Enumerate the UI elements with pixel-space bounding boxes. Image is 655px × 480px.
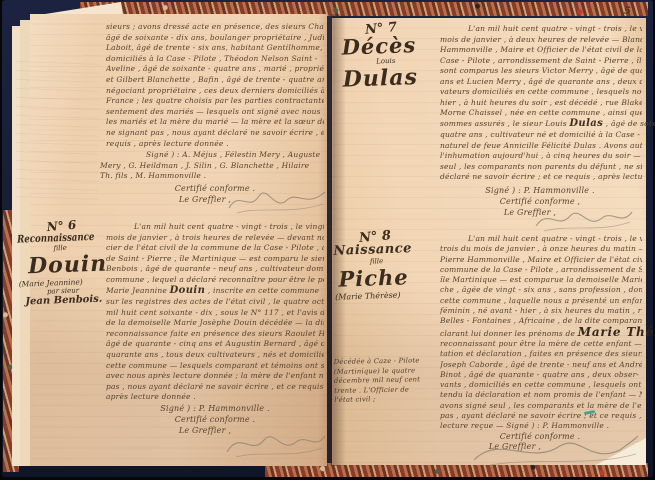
handwriting-line: quatre ans , cultivateur né et domicilié… [440, 130, 642, 141]
handwriting-line: de la demoiselle Marie Josèphe Douin déc… [106, 318, 324, 329]
handwriting-line: mois de janvier , à deux heures de relev… [440, 35, 642, 46]
handwriting-line: tation et déclaration , faites en présen… [440, 349, 642, 359]
entry-8-margin: N° 8 Naissance fille Piche (Marie Thérès… [333, 226, 439, 302]
marginal-death-note: Décédée à Caze - Pilote(Martinique) le q… [334, 356, 437, 405]
handwriting-line: L'an mil huit cent quatre - vingt - troi… [106, 222, 324, 233]
entry-surname: Dulas [342, 63, 439, 92]
handwriting-line: ans et Lucien Merry , âgé de quarante an… [440, 77, 642, 88]
pencil-signature [225, 182, 330, 218]
act-continuation-signatures: Signé ) : A. Méjus , Félestin Mery , Aug… [100, 150, 324, 182]
handwriting-line: commune , lequel a déclaré reconnaître p… [106, 275, 324, 286]
highlight-suffix: , inscrite en cette commune [205, 286, 319, 295]
highlighted-forenames: Marie Thérèse [578, 325, 655, 339]
entry-8-body-post: reconnaissant pour être la mère de cette… [440, 339, 642, 432]
handwriting-line: reconnaissance faite en présence des sie… [106, 329, 324, 340]
signed-line: Signé ) : P. Hammonville . [120, 404, 310, 415]
handwriting-line: trois du mois de janvier , à onze heures… [440, 244, 642, 254]
handwriting-line: après lecture donnée . [106, 392, 324, 403]
entry-7-body-post: quatre ans , cultivateur né et domicilié… [440, 130, 642, 183]
handwriting-line: tendu la déclaration et nom promis de l'… [440, 390, 642, 400]
register-photo: 5 sieurs ; avons dressé acte en présence… [0, 0, 655, 480]
handwriting-line: mil huit cent soixante - dix , sous le N… [106, 308, 324, 319]
entry-6-margin: N° 6 Reconnaissance fille Douin (Marie J… [16, 216, 111, 308]
entry-surname: Piche [338, 263, 439, 292]
handwriting-line: féminin , né avant - hier , à six heures… [440, 306, 642, 316]
handwriting-line: reconnaissant pour être la mère de cette… [440, 339, 642, 349]
highlighted-surname: Douin [170, 285, 206, 296]
handwriting-line: âgé de soixante - dix ans, boulanger pro… [106, 33, 324, 44]
handwriting-line: l'état civil ; [334, 394, 436, 405]
handwriting-line: sieurs ; avons dressé acte en présence, … [106, 22, 324, 33]
entry-surname: Douin [28, 250, 111, 279]
handwriting-line: Benbois , âgé de quarante - neuf ans , c… [106, 264, 324, 275]
handwriting-line: requis , après lecture donnée . [106, 139, 324, 150]
entry-8-body-pre: L'an mil huit cent quatre - vingt - troi… [440, 234, 642, 327]
highlighted-surname: Dulas [569, 118, 603, 129]
handwriting-line: âgé de quarante - cinq ans et Augustin B… [106, 339, 324, 350]
entry-7-highlight-line: sommes assurés , le sieur Louis Dulas , … [440, 119, 642, 130]
handwriting-line: cier de l'état civil de la commune de la… [106, 243, 324, 254]
signed-line: Signé ) : P. Hammonville . [450, 186, 630, 197]
handwriting-line: vants , domiciliés en cette commune , le… [440, 380, 642, 390]
handwriting-line: Aveline , âgé de soixante - quatre ans ,… [106, 64, 324, 75]
handwriting-line: Pierre Hammonville , Maire et Officier d… [440, 255, 642, 265]
handwriting-line: sur les registres des actes de l'état ci… [106, 297, 324, 308]
page-number: 5 [624, 6, 631, 17]
handwriting-line: négociant propriétaire , ces deux dernie… [106, 86, 324, 97]
handwriting-line: France ; les quatre choisis par les part… [106, 96, 324, 107]
handwriting-line: cette commune , laquelle nous a présenté… [440, 296, 642, 306]
handwriting-line: sont comparus les sieurs Victor Merry , … [440, 66, 642, 77]
highlight-prefix: clarant lui donner les prénoms de [440, 329, 578, 338]
handwriting-line: de Saint - Pierre , île Martinique — est… [106, 254, 324, 265]
ink-show-through [16, 55, 98, 205]
handwriting-line: Laboit, âgé de trente - six ans, habitan… [106, 43, 324, 54]
handwriting-line: mois de janvier , à trois heures de rele… [106, 233, 324, 244]
handwriting-line: déclaré ne savoir écrire ; et ce requis … [440, 172, 642, 183]
handwriting-line: vateurs domiciliés en cette commune , le… [440, 87, 642, 98]
handwriting-line: pas , ayant déclaré ne savoir écrire ; e… [440, 411, 642, 421]
handwriting-line: Signé ) : A. Méjus , Félestin Mery , Aug… [100, 150, 324, 161]
act-continuation-body: sieurs ; avons dressé acte en présence, … [106, 22, 324, 149]
handwriting-line: seul , les comparants non parents du déf… [440, 162, 642, 173]
pencil-signature [532, 202, 637, 236]
handwriting-line: Morne Chaissel , née en cette commune , … [440, 108, 642, 119]
highlight-suffix: , âgé de soixante - [603, 119, 655, 128]
entry-6-highlight-line: Marie Jeannine Douin , inscrite en cette… [106, 286, 324, 297]
handwriting-line: L'an mil huit cent quatre - vingt - troi… [440, 234, 642, 244]
entry-7-body-pre: L'an mil huit cent quatre - vingt - troi… [440, 24, 642, 119]
handwriting-line: les mariés et la mère du marié — la mère… [106, 117, 324, 128]
handwriting-line: île Martinique — est comparue la demoise… [440, 275, 642, 285]
handwriting-line: che , âgée de vingt - six ans , sans pro… [440, 285, 642, 295]
handwriting-line: l'inhumation aujourd'hui , à cinq heures… [440, 151, 642, 162]
handwriting-line: quarante ans , tous deux cultivateurs , … [106, 350, 324, 361]
handwriting-line: Case - Pilote , arrondissement de Saint … [440, 56, 642, 67]
entry-7-margin: N° 7 Décès Louis Dulas [341, 18, 439, 92]
handwriting-line: naturel de feue Annicille Félicité Dulas… [440, 141, 642, 152]
handwriting-line: Binot , âgé de quarante - quatre ans , d… [440, 370, 642, 380]
handwriting-line: cette commune — lesquels comparant et té… [106, 361, 324, 372]
highlight-prefix: sommes assurés , le sieur Louis [440, 119, 569, 128]
pencil-signature [222, 424, 330, 462]
handwriting-line: Th. fils , M. Hammonville . [100, 171, 324, 182]
handwriting-line: Joseph Caborde , âgé de trente - neuf an… [440, 360, 642, 370]
handwriting-line: hier , à huit heures du soir , est décéd… [440, 98, 642, 109]
handwriting-line: avons signé seul , les comparants et la … [440, 401, 642, 411]
handwriting-line: sentement des mariés — lesquels ont sign… [106, 107, 324, 118]
handwriting-line: commune de la Case - Pilote , arrondisse… [440, 265, 642, 275]
entry-8-highlight-line: clarant lui donner les prénoms de Marie … [440, 327, 642, 340]
handwriting-line: domiciliés à la Case - Pilote , Théodon … [106, 54, 324, 65]
handwriting-line: et Gilbert Blanchette , Bafin , âgé de t… [106, 75, 324, 86]
handwriting-line: Hammonville , Maire et Officier de l'éta… [440, 45, 642, 56]
handwriting-line: Mery , G. Heildman , J. Silin , G. Blanc… [100, 161, 324, 172]
handwriting-line: avec nous après lecture donnée ; la mère… [106, 371, 324, 382]
handwriting-line: pas , nous ayant déclaré ne savoir écrir… [106, 382, 324, 393]
handwriting-line: L'an mil huit cent quatre - vingt - troi… [440, 24, 642, 35]
entry-6-body-pre: L'an mil huit cent quatre - vingt - troi… [106, 222, 324, 286]
highlight-prefix: Marie Jeannine [106, 286, 170, 295]
handwriting-line: ne signant pas , nous ayant déclaré ne s… [106, 128, 324, 139]
pencil-signature [470, 430, 642, 468]
entry-6-body-post: sur les registres des actes de l'état ci… [106, 297, 324, 403]
